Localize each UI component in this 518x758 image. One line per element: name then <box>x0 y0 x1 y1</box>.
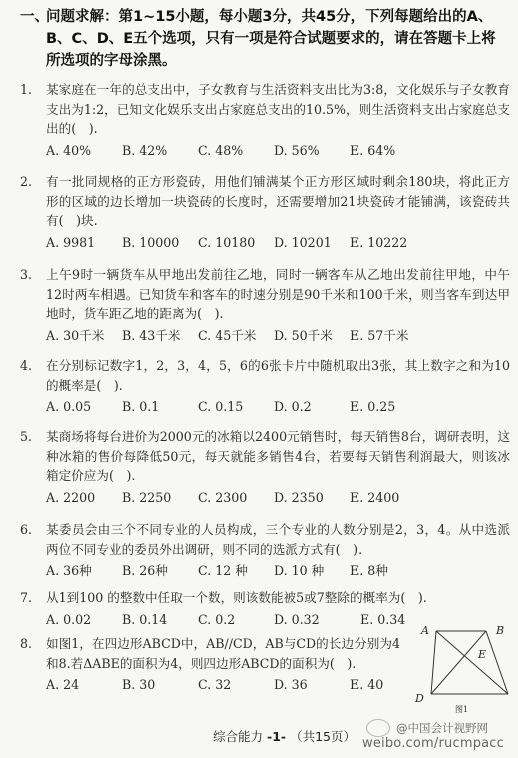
option-a: A. 36种 <box>46 561 122 581</box>
question-6: 6. 某委员会由三个不同专业的人员构成，三个专业的人数分别是2，3，4。从中选派… <box>20 520 510 581</box>
question-stem: 如图1，在四边形ABCD中，AB//CD，AB与CD的长边分别为4和8.若ΔAB… <box>46 634 400 673</box>
option-c: C. 0.2 <box>198 610 274 630</box>
question-number: 1. <box>20 80 46 100</box>
question-number: 7. <box>20 588 46 608</box>
option-b: B. 10000 <box>122 233 198 253</box>
vertex-label-d: D <box>415 692 424 705</box>
figure-1-trapezoid: A B E D 图1 <box>408 612 518 722</box>
option-b: B. 2250 <box>122 488 198 508</box>
option-b: B. 30 <box>122 675 198 695</box>
options: A. 36种 B. 26种 C. 12 种 D. 10 种 E. 8种 <box>46 561 510 581</box>
options: A. 0.05 B. 0.1 C. 0.15 D. 0.2 E. 0.25 <box>46 397 510 417</box>
vertex-label-b: B <box>496 624 504 637</box>
options: A. 40% B. 42% C. 48% D. 56% E. 64% <box>46 141 510 161</box>
option-b: B. 0.14 <box>122 610 198 630</box>
option-c: C. 2300 <box>198 488 274 508</box>
footer-subject: 综合能力 <box>213 729 263 744</box>
option-e: E. 8种 <box>350 561 426 581</box>
question-8: 8. 如图1，在四边形ABCD中，AB//CD，AB与CD的长边分别为4和8.若… <box>20 634 400 695</box>
option-c: C. 12 种 <box>198 561 274 581</box>
option-d: D. 10201 <box>274 233 350 253</box>
question-number: 5. <box>20 427 46 447</box>
option-b: B. 0.1 <box>122 397 198 417</box>
section-text: 问题求解：第1~15小题，每小题3分，共45分，下列每题给出的A、B、C、D、E… <box>46 6 510 72</box>
option-c: C. 32 <box>198 675 274 695</box>
option-a: A. 24 <box>46 675 122 695</box>
watermark-url: weibo.com/rucmpacc <box>362 736 504 751</box>
option-c: C. 48% <box>198 141 274 161</box>
option-c: C. 10180 <box>198 233 274 253</box>
option-e: E. 57千米 <box>350 326 426 346</box>
option-e: E. 64% <box>350 141 426 161</box>
question-4: 4. 在分别标记数字1，2，3，4，5，6的6张卡片中随机取出3张，其上数字之和… <box>20 356 510 417</box>
option-a: A. 2200 <box>46 488 122 508</box>
option-a: A. 9981 <box>46 233 122 253</box>
question-stem: 上午9时一辆货车从甲地出发前往乙地，同时一辆客车从乙地出发前往甲地，中午12时两… <box>46 265 510 324</box>
question-number: 2. <box>20 172 46 192</box>
question-1: 1. 某家庭在一年的总支出中，子女教育与生活资料支出比为3:8，文化娱乐与子女教… <box>20 80 510 160</box>
option-d: D. 0.32 <box>274 610 360 630</box>
option-d: D. 56% <box>274 141 350 161</box>
question-stem: 从1到100 的整数中任取一个数，则该数能被5或7整除的概率为( ). <box>46 588 510 608</box>
section-number: 一、 <box>20 6 49 28</box>
question-stem: 某商场将每台进价为2000元的冰箱以2400元销售时，每天销售8台，调研表明，这… <box>46 427 510 486</box>
options: A. 30千米 B. 43千米 C. 45千米 D. 50千米 E. 57千米 <box>46 326 510 346</box>
option-a: A. 30千米 <box>46 326 122 346</box>
vertex-label-e: E <box>478 648 486 661</box>
question-stem: 在分别标记数字1，2，3，4，5，6的6张卡片中随机取出3张，其上数字之和为10… <box>46 356 510 395</box>
option-e: E. 0.25 <box>350 397 426 417</box>
option-a: A. 0.05 <box>46 397 122 417</box>
question-stem: 某委员会由三个不同专业的人员构成，三个专业的人数分别是2，3，4。从中选派两位不… <box>46 520 510 559</box>
option-e: E. 2400 <box>350 488 426 508</box>
footer-total-pages: （共15页） <box>290 729 356 744</box>
question-number: 3. <box>20 265 46 285</box>
question-5: 5. 某商场将每台进价为2000元的冰箱以2400元销售时，每天销售8台，调研表… <box>20 427 510 507</box>
weibo-watermark: @中国会计视野网 weibo.com/rucmpacc <box>362 718 518 758</box>
section-instructions: 一、 问题求解：第1~15小题，每小题3分，共45分，下列每题给出的A、B、C、… <box>20 6 510 72</box>
question-2: 2. 有一批同规格的正方形瓷砖，用他们铺满某个正方形区域时剩余180块，将此正方… <box>20 172 510 252</box>
question-number: 6. <box>20 520 46 540</box>
option-d: D. 50千米 <box>274 326 350 346</box>
question-number: 4. <box>20 356 46 376</box>
watermark-handle: @中国会计视野网 <box>396 720 488 736</box>
option-d: D. 0.2 <box>274 397 350 417</box>
question-3: 3. 上午9时一辆货车从甲地出发前往乙地，同时一辆客车从乙地出发前往甲地，中午1… <box>20 265 510 345</box>
option-a: A. 0.02 <box>46 610 122 630</box>
option-d: D. 10 种 <box>274 561 350 581</box>
option-b: B. 42% <box>122 141 198 161</box>
question-number: 8. <box>20 634 46 654</box>
question-stem: 某家庭在一年的总支出中，子女教育与生活资料支出比为3:8，文化娱乐与子女教育支出… <box>46 80 510 139</box>
option-c: C. 0.15 <box>198 397 274 417</box>
option-e: E. 10222 <box>350 233 426 253</box>
options: A. 9981 B. 10000 C. 10180 D. 10201 E. 10… <box>46 233 510 253</box>
page-footer: 综合能力 -1- （共15页） <box>213 727 356 745</box>
weibo-logo-icon <box>366 719 390 737</box>
question-stem: 有一批同规格的正方形瓷砖，用他们铺满某个正方形区域时剩余180块，将此正方形的区… <box>46 172 510 231</box>
option-d: D. 2350 <box>274 488 350 508</box>
options: A. 24 B. 30 C. 32 D. 36 E. 40 <box>46 675 400 695</box>
option-b: B. 43千米 <box>122 326 198 346</box>
option-a: A. 40% <box>46 141 122 161</box>
figure-caption: 图1 <box>455 704 468 715</box>
vertex-label-a: A <box>421 624 429 637</box>
options: A. 2200 B. 2250 C. 2300 D. 2350 E. 2400 <box>46 488 510 508</box>
option-d: D. 36 <box>274 675 350 695</box>
option-c: C. 45千米 <box>198 326 274 346</box>
option-b: B. 26种 <box>122 561 198 581</box>
footer-page-number: -1- <box>267 729 286 744</box>
